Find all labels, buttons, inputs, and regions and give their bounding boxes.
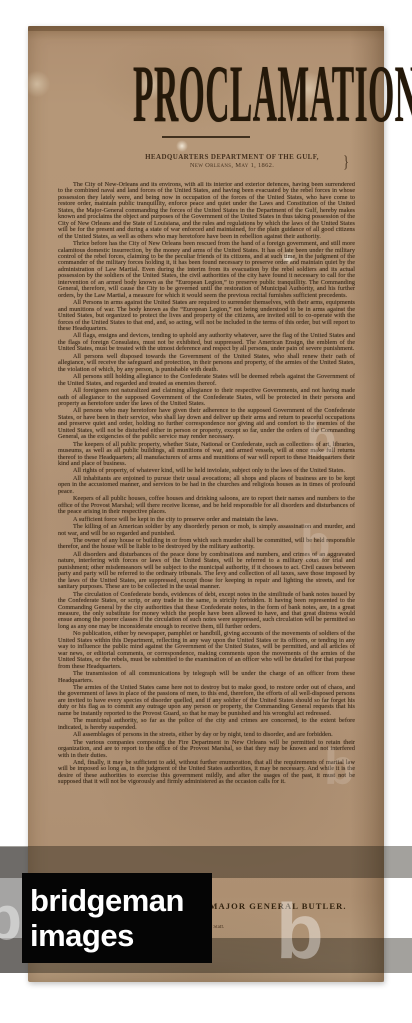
signature-major-general-butler: MAJOR GENERAL BUTLER. <box>203 901 353 911</box>
paper-right-shade <box>350 26 384 982</box>
bridgeman-logo-line2: images <box>30 918 212 953</box>
masthead-dateline: New Orleans, May 1, 1862. <box>124 162 340 169</box>
body-paragraph: The City of New-Orleans and its environs… <box>58 182 355 240</box>
body-paragraph: The transmission of all communications b… <box>58 671 355 684</box>
body-paragraph: All assemblages of persons in the street… <box>58 732 355 738</box>
body-paragraph: The municipal authority, so far as the p… <box>58 718 355 731</box>
bridgeman-images-logo: bridgeman images <box>22 873 212 963</box>
body-paragraph: All Persons in arms against the United S… <box>58 300 355 332</box>
body-paragraph: And, finally, it may be sufficient to ad… <box>58 760 355 786</box>
proclamation-body: The City of New-Orleans and its environs… <box>58 182 355 898</box>
body-paragraph: The armies of the United States came her… <box>58 685 355 717</box>
body-paragraph: All flags, ensigns and devices, tending … <box>58 333 355 352</box>
body-paragraph: Keepers of all public houses, coffee hou… <box>58 496 355 515</box>
body-paragraph: All persons who may heretofore have give… <box>58 408 355 440</box>
masthead: HEADQUARTERS DEPARTMENT OF THE GULF, New… <box>124 153 340 169</box>
body-paragraph: All disorders and disturbances of the pe… <box>58 552 355 591</box>
masthead-department-line: HEADQUARTERS DEPARTMENT OF THE GULF, <box>124 153 340 161</box>
body-paragraph: All persons well disposed towards the Go… <box>58 354 355 373</box>
photograph-of-broadside: PROCLAMATION. HEADQUARTERS DEPARTMENT OF… <box>0 0 412 1023</box>
body-paragraph: Thrice before has the City of New Orlean… <box>58 241 355 299</box>
body-paragraph: The various companies composing the Fire… <box>58 740 355 759</box>
body-paragraph: No publication, either by newspaper, pam… <box>58 631 355 670</box>
broadside-paper: PROCLAMATION. HEADQUARTERS DEPARTMENT OF… <box>28 26 384 982</box>
body-paragraph: All foreigners not naturalized and claim… <box>58 388 355 407</box>
body-paragraph: The owner of any house or building in or… <box>58 538 355 551</box>
body-paragraph: All persons still holding allegiance to … <box>58 374 355 387</box>
body-paragraph: All inhabitants are enjoined to pursue t… <box>58 476 355 495</box>
body-paragraph: All rights of property, of whatever kind… <box>58 468 355 474</box>
body-paragraph: The keepers of all public property, whet… <box>58 442 355 468</box>
body-paragraph: The killing of an American soldier by an… <box>58 524 355 537</box>
paper-top-edge <box>28 26 384 31</box>
title-divider-rule <box>162 136 250 138</box>
bridgeman-logo-line1: bridgeman <box>30 883 212 918</box>
body-paragraph: The circulation of Confederate bonds, ev… <box>58 592 355 631</box>
masthead-brace: } <box>343 152 349 172</box>
paper-stain <box>24 70 50 98</box>
paper-stain <box>176 140 188 152</box>
document-title: PROCLAMATION. <box>133 56 279 132</box>
